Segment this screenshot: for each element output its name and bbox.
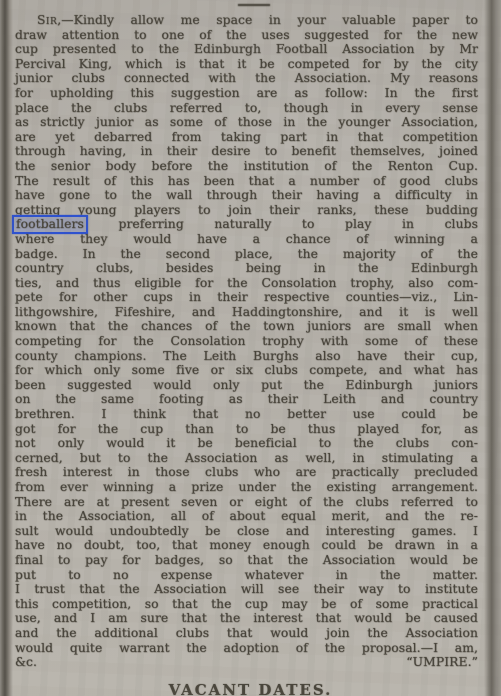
article-line: There are at present seven or eight of t… (15, 495, 478, 510)
article-line: as strictly junior as some of those in t… (15, 115, 478, 130)
article-line: cup presented to the Edinburgh Football … (15, 42, 478, 57)
article-line: where they would have a chance of winnin… (15, 232, 478, 247)
salutation: Sir (37, 13, 57, 27)
article-line: cerned, but to the Association as well, … (15, 451, 478, 466)
article-line: Percival King, which is that it be compe… (15, 57, 478, 72)
article-line: badge. In the second place, the majority… (15, 247, 478, 262)
article-line: got for the cup than to be thus played f… (15, 422, 478, 437)
article-line: from ever winning a prize under the exis… (15, 480, 478, 495)
article-line: &c.“UMPIRE.” (15, 655, 478, 670)
article-line: not only would it be beneficial to the c… (15, 436, 478, 451)
article-line: have no doubt, too, that money enough co… (15, 538, 478, 553)
article-line: brethren. I think that no better use cou… (15, 407, 478, 422)
article-line: footballers preferring naturally to play… (15, 217, 478, 232)
article-line: the senior body before the institution o… (15, 159, 478, 174)
signature-name: “UMPIRE.” (406, 655, 478, 670)
article-line: country clubs, besides being in the Edin… (15, 261, 478, 276)
article-line: county champions. The Leith Burghs also … (15, 349, 478, 364)
article-line: have gone to the wall through their havi… (15, 188, 478, 203)
article-line: final to pay for badges, so that the Ass… (15, 553, 478, 568)
right-column-rule (484, 0, 501, 696)
next-article-heading: VACANT DATES. (0, 681, 501, 696)
article-line: in the Association, all of about equal m… (15, 509, 478, 524)
article-line: known that the chances of the town junio… (15, 319, 478, 334)
article-line: for which only some five or six clubs co… (15, 363, 478, 378)
article-line: I trust that the Association will see th… (15, 582, 478, 597)
article-line: place the clubs referred to, though in e… (15, 101, 478, 116)
article-line: through having, in their desire to benef… (15, 144, 478, 159)
article-line: would quite warrant the adoption of the … (15, 641, 478, 656)
article-line: junior clubs connected with the Associat… (15, 71, 478, 86)
article-line: Sir,—Kindly allow me space in your valua… (15, 13, 478, 28)
article-line: sult would undoubtedly be close and inte… (15, 524, 478, 539)
article-line: fresh interest in those clubs who are pr… (15, 465, 478, 480)
article-line: draw attention to one of the uses sugges… (15, 28, 478, 43)
signature-etc: &c. (15, 655, 37, 670)
article-line: The result of this has been that a numbe… (15, 174, 478, 189)
letter-to-editor: Sir,—Kindly allow me space in your valua… (15, 13, 478, 670)
article-line: lithgowshire, Fifeshire, and Haddingtons… (15, 305, 478, 320)
article-line: ties, and thus eligible for the Consolat… (15, 276, 478, 291)
article-line: put to no expense whatever in the matter… (15, 568, 478, 583)
article-line: pete for other cups in their respective … (15, 290, 478, 305)
article-line: and the additional clubs that would join… (15, 626, 478, 641)
article-line: use, and I am sure that the interest tha… (15, 611, 478, 626)
article-line: are yet debarred from taking part in tha… (15, 130, 478, 145)
newspaper-scan: Sir,—Kindly allow me space in your valua… (0, 0, 501, 696)
article-line: for upholding this suggestion are as fol… (15, 86, 478, 101)
article-line: on the same footing as their Leith and c… (15, 392, 478, 407)
article-line: competing for the Consolation trophy wit… (15, 334, 478, 349)
article-body: Sir,—Kindly allow me space in your valua… (15, 13, 478, 670)
article-line: this competition, so that the cup may be… (15, 597, 478, 612)
article-line: been suggested would only put the Edinbu… (15, 378, 478, 393)
section-divider-rule (238, 4, 270, 6)
left-column-rule (0, 0, 13, 696)
